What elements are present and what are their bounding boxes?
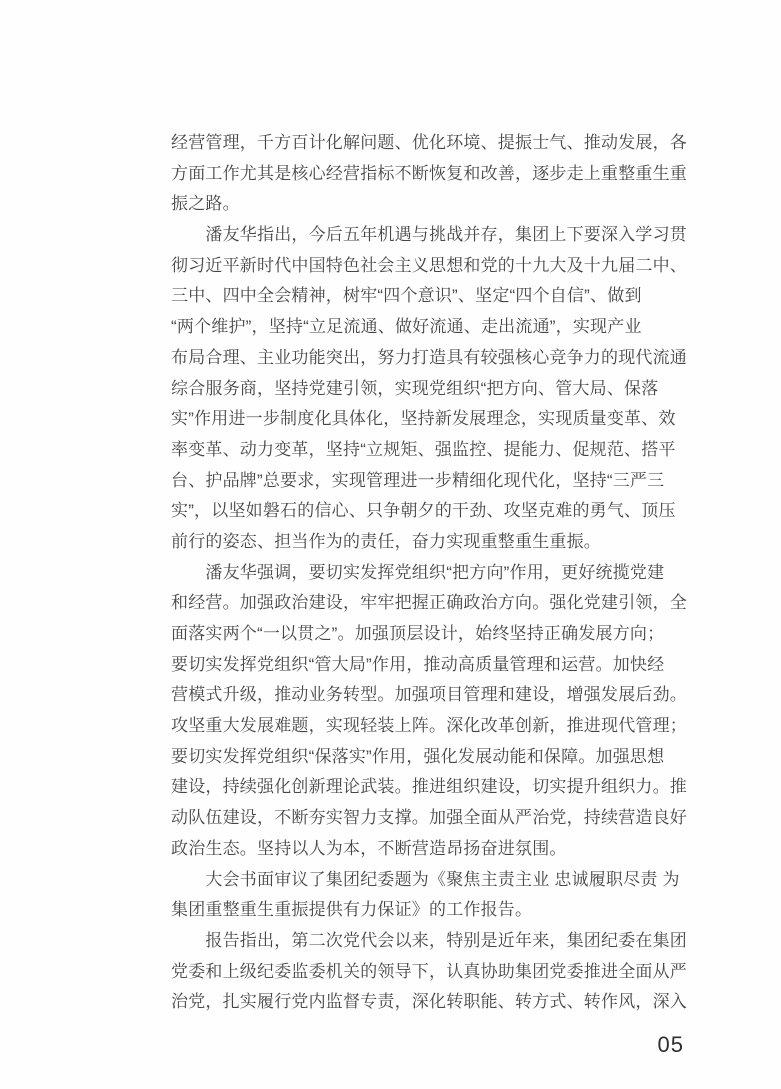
text-line: 和经营。加强政治建设，牢牢把握正确政治方向。强化党建引领，全: [171, 588, 693, 619]
text-line: 彻习近平新时代中国特色社会主义思想和党的十九大及十九届二中、: [171, 251, 693, 282]
text-line: 攻坚重大发展难题，实现轻装上阵。深化改革创新，推进现代管理；: [171, 711, 693, 742]
text-line: 报告指出，第二次党代会以来，特别是近年来，集团纪委在集团: [171, 926, 693, 957]
text-line: 党委和上级纪委监委机关的领导下，认真协助集团党委推进全面从严: [171, 957, 693, 988]
text-line: 建设，持续强化创新理论武装。推进组织建设，切实提升组织力。推: [171, 772, 693, 803]
text-line: 振之路。: [171, 189, 693, 220]
text-line: 大会书面审议了集团纪委题为《聚焦主责主业 忠诚履职尽责 为: [171, 865, 693, 896]
text-line: 实”，以坚如磐石的信心、只争朝夕的干劲、攻坚克难的勇气、顶压: [171, 496, 693, 527]
text-line: 实”作用进一步制度化具体化，坚持新发展理念，实现质量变革、效: [171, 404, 693, 435]
text-line: 综合服务商，坚持党建引领，实现党组织“把方向、管大局、保落: [171, 374, 693, 405]
text-line: 前行的姿态、担当作为的责任，奋力实现重整重生重振。: [171, 527, 693, 558]
text-line: 方面工作尤其是核心经营指标不断恢复和改善，逐步走上重整重生重: [171, 159, 693, 190]
text-line: 潘友华强调，要切实发挥党组织“把方向”作用，更好统揽党建: [171, 558, 693, 589]
text-line: 率变革、动力变革，坚持“立规矩、强监控、提能力、促规范、搭平: [171, 435, 693, 466]
page-number: 05: [658, 1032, 684, 1058]
text-line: 台、护品牌”总要求，实现管理进一步精细化现代化，坚持“三严三: [171, 466, 693, 497]
text-line: 营模式升级，推动业务转型。加强项目管理和建设，增强发展后劲。: [171, 680, 693, 711]
text-line: 经营管理，千方百计化解问题、优化环境、提振士气、推动发展，各: [171, 128, 693, 159]
text-line: 集团重整重生重振提供有力保证》的工作报告。: [171, 895, 693, 926]
text-line: 政治生态。坚持以人为本，不断营造昂扬奋进氛围。: [171, 834, 693, 865]
text-line: 动队伍建设，不断夯实智力支撑。加强全面从严治党，持续营造良好: [171, 803, 693, 834]
text-line: 要切实发挥党组织“保落实”作用，强化发展动能和保障。加强思想: [171, 742, 693, 773]
text-line: 潘友华指出，今后五年机遇与挑战并存，集团上下要深入学习贯: [171, 220, 693, 251]
document-text: 经营管理，千方百计化解问题、优化环境、提振士气、推动发展，各方面工作尤其是核心经…: [171, 128, 693, 1018]
text-line: 三中、四中全会精神，树牢“四个意识”、坚定“四个自信”、做到: [171, 281, 693, 312]
text-line: 面落实两个“一以贯之”。加强顶层设计，始终坚持正确发展方向；: [171, 619, 693, 650]
text-line: 治党，扎实履行党内监督专责，深化转职能、转方式、转作风，深入: [171, 987, 693, 1018]
document-page: 经营管理，千方百计化解问题、优化环境、提振士气、推动发展，各方面工作尤其是核心经…: [0, 0, 781, 1089]
text-line: 要切实发挥党组织“管大局”作用，推动高质量管理和运营。加快经: [171, 650, 693, 681]
text-line: 布局合理、主业功能突出，努力打造具有较强核心竞争力的现代流通: [171, 343, 693, 374]
text-line: “两个维护”，坚持“立足流通、做好流通、走出流通”，实现产业: [171, 312, 693, 343]
